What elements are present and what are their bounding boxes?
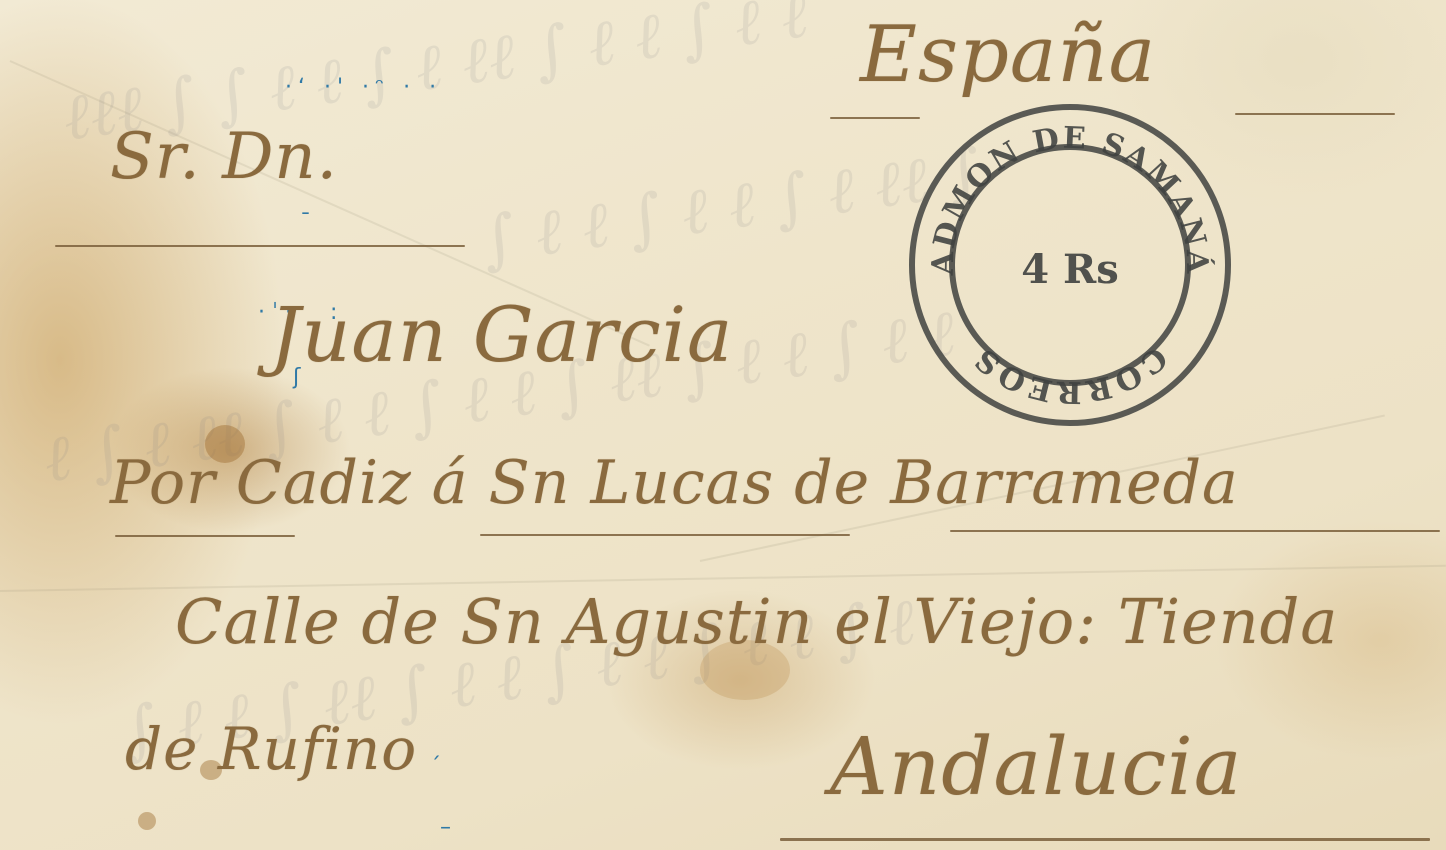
region: Andalucia <box>830 720 1242 813</box>
postal-cover: ℓℓℓ ∫ ∫ ℓ ℓ ∫ ℓ ℓℓ ∫ ℓ ℓ ∫ ℓ ℓ ∫ ℓ ℓ ∫ ℓ… <box>0 0 1446 850</box>
underline <box>950 530 1440 532</box>
circular-postmark: ADMON DE SAMANÁ CORREOS 4 Rs <box>905 100 1235 430</box>
address-routing-part: Por Cadiz á <box>110 448 469 518</box>
postmark-rate: 4 Rs <box>1021 246 1119 293</box>
address-routing-part: Sn Lucas <box>489 448 774 518</box>
underline <box>55 245 465 247</box>
blue-ink-dot: ˏ <box>430 735 441 760</box>
underline <box>115 535 295 537</box>
blue-ink-dot: ˉ <box>300 210 311 235</box>
foxing-stain <box>138 812 156 830</box>
postmark-bottom-text: CORREOS <box>966 339 1173 409</box>
underline <box>480 534 850 536</box>
address-line-shop: de Rufino <box>125 715 417 783</box>
underline <box>1235 113 1395 115</box>
address-line-routing: Por Cadiz á Sn Lucas de Barrameda <box>110 448 1239 518</box>
address-line-street: Calle de Sn Agustin el Viejo: Tienda <box>175 585 1338 658</box>
blue-marking-fragment: ·ʻ ·ꞌ ·ᵔ · · <box>285 75 442 100</box>
blue-ink-dot: – <box>440 815 451 840</box>
salutation: Sr. Dn. <box>110 120 338 194</box>
destination-country: España <box>860 10 1156 100</box>
recipient-name: Juan Garcia <box>270 290 733 379</box>
address-routing-part: de Barrameda <box>794 448 1239 518</box>
underline <box>780 838 1430 841</box>
